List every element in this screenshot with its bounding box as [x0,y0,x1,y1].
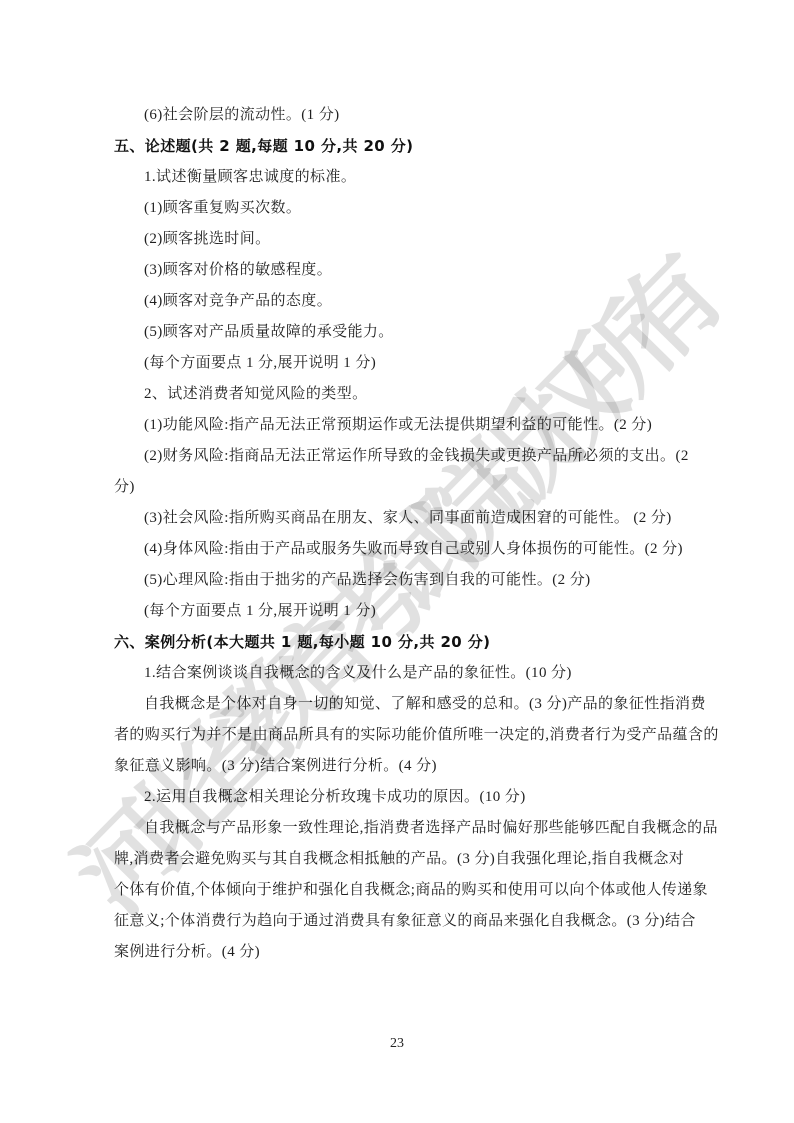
text-line: 个体有价值,个体倾向于维护和强化自我概念;商品的购买和使用可以向个体或他人传递象 [114,875,689,906]
text-line: 分) [114,472,689,503]
text-line: (4)顾客对竞争产品的态度。 [114,286,689,317]
section-heading-6: 六、案例分析(本大题共 1 题,每小题 10 分,共 20 分) [114,627,689,658]
text-line: 者的购买行为并不是由商品所具有的实际功能价值所唯一决定的,消费者行为受产品蕴含的 [114,720,689,751]
text-line: 1.试述衡量顾客忠诚度的标准。 [114,162,689,193]
text-line: 1.结合案例谈谈自我概念的含义及什么是产品的象征性。(10 分) [114,658,689,689]
text-line: 自我概念是个体对自身一切的知觉、了解和感受的总和。(3 分)产品的象征性指消费 [114,689,689,720]
document-page: 河北省教育考试院版权所有 (6)社会阶层的流动性。(1 分) 五、论述题(共 2… [0,0,794,1123]
text-line: (3)顾客对价格的敏感程度。 [114,255,689,286]
text-line: (每个方面要点 1 分,展开说明 1 分) [114,596,689,627]
text-line: 自我概念与产品形象一致性理论,指消费者选择产品时偏好那些能够匹配自我概念的品 [114,813,689,844]
text-line: 征意义;个体消费行为趋向于通过消费具有象征意义的商品来强化自我概念。(3 分)结… [114,906,689,937]
section-heading-5: 五、论述题(共 2 题,每题 10 分,共 20 分) [114,131,689,162]
text-line: (6)社会阶层的流动性。(1 分) [114,100,689,131]
text-line: 案例进行分析。(4 分) [114,937,689,968]
text-line: 2、试述消费者知觉风险的类型。 [114,379,689,410]
text-line: (4)身体风险:指由于产品或服务失败而导致自己或别人身体损伤的可能性。(2 分) [114,534,689,565]
text-line: 象征意义影响。(3 分)结合案例进行分析。(4 分) [114,751,689,782]
text-line: (每个方面要点 1 分,展开说明 1 分) [114,348,689,379]
text-line: (2)顾客挑选时间。 [114,224,689,255]
text-line: (1)功能风险:指产品无法正常预期运作或无法提供期望利益的可能性。(2 分) [114,410,689,441]
document-content: (6)社会阶层的流动性。(1 分) 五、论述题(共 2 题,每题 10 分,共 … [114,100,689,968]
text-line: 2.运用自我概念相关理论分析玫瑰卡成功的原因。(10 分) [114,782,689,813]
text-line: (3)社会风险:指所购买商品在朋友、家人、同事面前造成困窘的可能性。 (2 分) [114,503,689,534]
text-line: (5)心理风险:指由于拙劣的产品选择会伤害到自我的可能性。(2 分) [114,565,689,596]
text-line: (2)财务风险:指商品无法正常运作所导致的金钱损失或更换产品所必须的支出。(2 [114,441,689,472]
page-number: 23 [0,1036,794,1052]
text-line: (5)顾客对产品质量故障的承受能力。 [114,317,689,348]
text-line: 牌,消费者会避免购买与其自我概念相抵触的产品。(3 分)自我强化理论,指自我概念… [114,844,689,875]
text-line: (1)顾客重复购买次数。 [114,193,689,224]
